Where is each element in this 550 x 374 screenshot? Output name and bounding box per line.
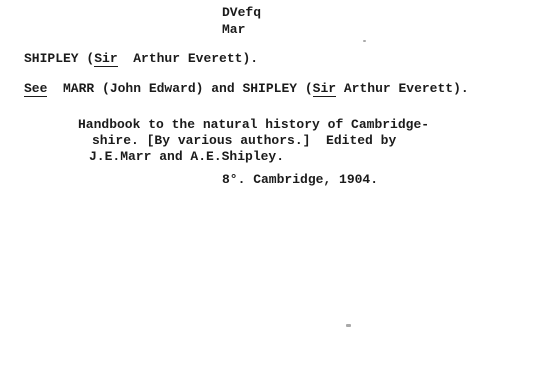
imprint-line: 8°. Cambridge, 1904. <box>222 172 378 188</box>
classmark-line-1: DVefq <box>222 5 261 21</box>
scan-speck <box>346 324 351 327</box>
heading-line: SHIPLEY (Sir Arthur Everett). <box>24 51 258 67</box>
see-reference-see: See <box>24 81 47 97</box>
scan-speck <box>363 40 366 42</box>
see-reference-mid: MARR (John Edward) and SHIPLEY ( <box>47 81 312 96</box>
heading-post: Arthur Everett). <box>118 51 258 66</box>
classmark-line-2: Mar <box>222 22 245 38</box>
title-line-2: shire. [By various authors.] Edited by <box>92 133 396 149</box>
see-reference-post: Arthur Everett). <box>336 81 469 96</box>
title-line-3: J.E.Marr and A.E.Shipley. <box>89 149 284 165</box>
see-reference-line: See MARR (John Edward) and SHIPLEY (Sir … <box>24 81 469 97</box>
heading-underlined-sir: Sir <box>94 51 117 67</box>
see-reference-underlined-sir: Sir <box>313 81 336 97</box>
catalog-card: DVefq Mar SHIPLEY (Sir Arthur Everett). … <box>0 0 550 374</box>
heading-pre: SHIPLEY ( <box>24 51 94 66</box>
title-line-1: Handbook to the natural history of Cambr… <box>78 117 429 133</box>
